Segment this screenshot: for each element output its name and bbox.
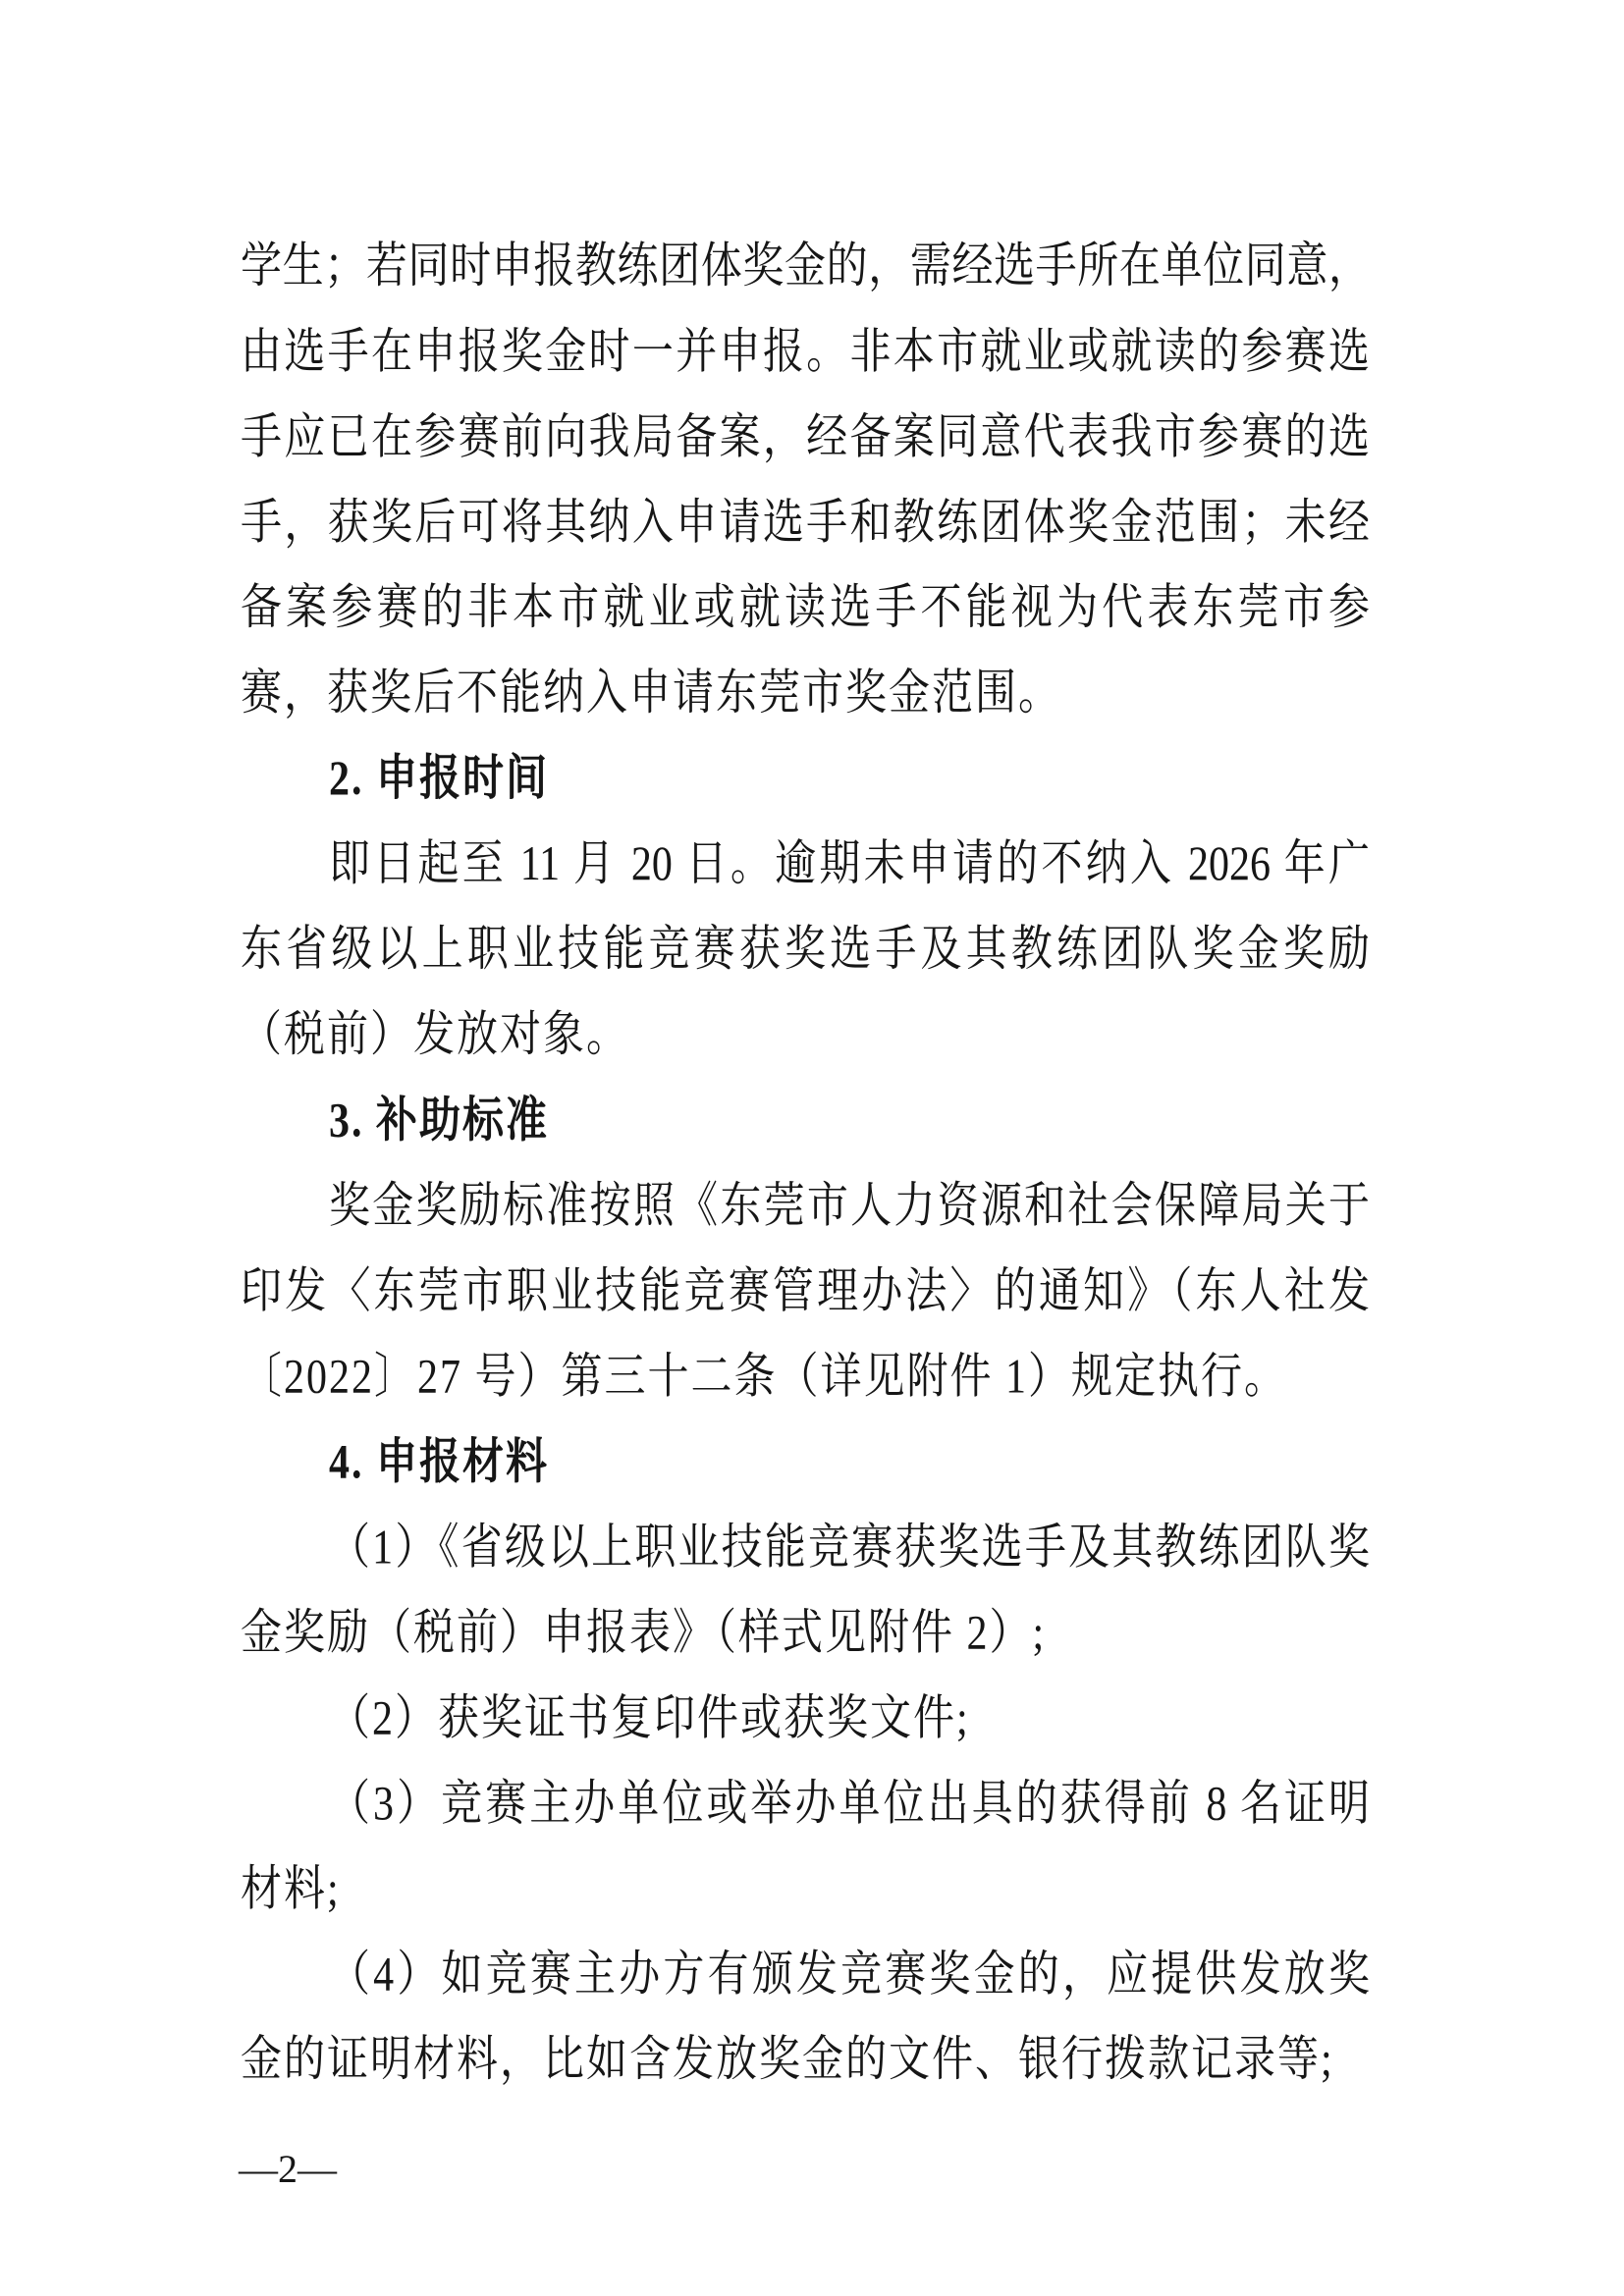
page-number: —2— xyxy=(239,2146,337,2193)
document-body: 学生；若同时申报教练团体奖金的，需经选手所在单位同意，由选手在申报奖金时一并申报… xyxy=(241,225,1370,2104)
text-line: 金的证明材料，比如含发放奖金的文件、银行拨款记录等; xyxy=(241,2010,1370,2111)
document-page: 学生；若同时申报教练团体奖金的，需经选手所在单位同意，由选手在申报奖金时一并申报… xyxy=(0,0,1624,2296)
